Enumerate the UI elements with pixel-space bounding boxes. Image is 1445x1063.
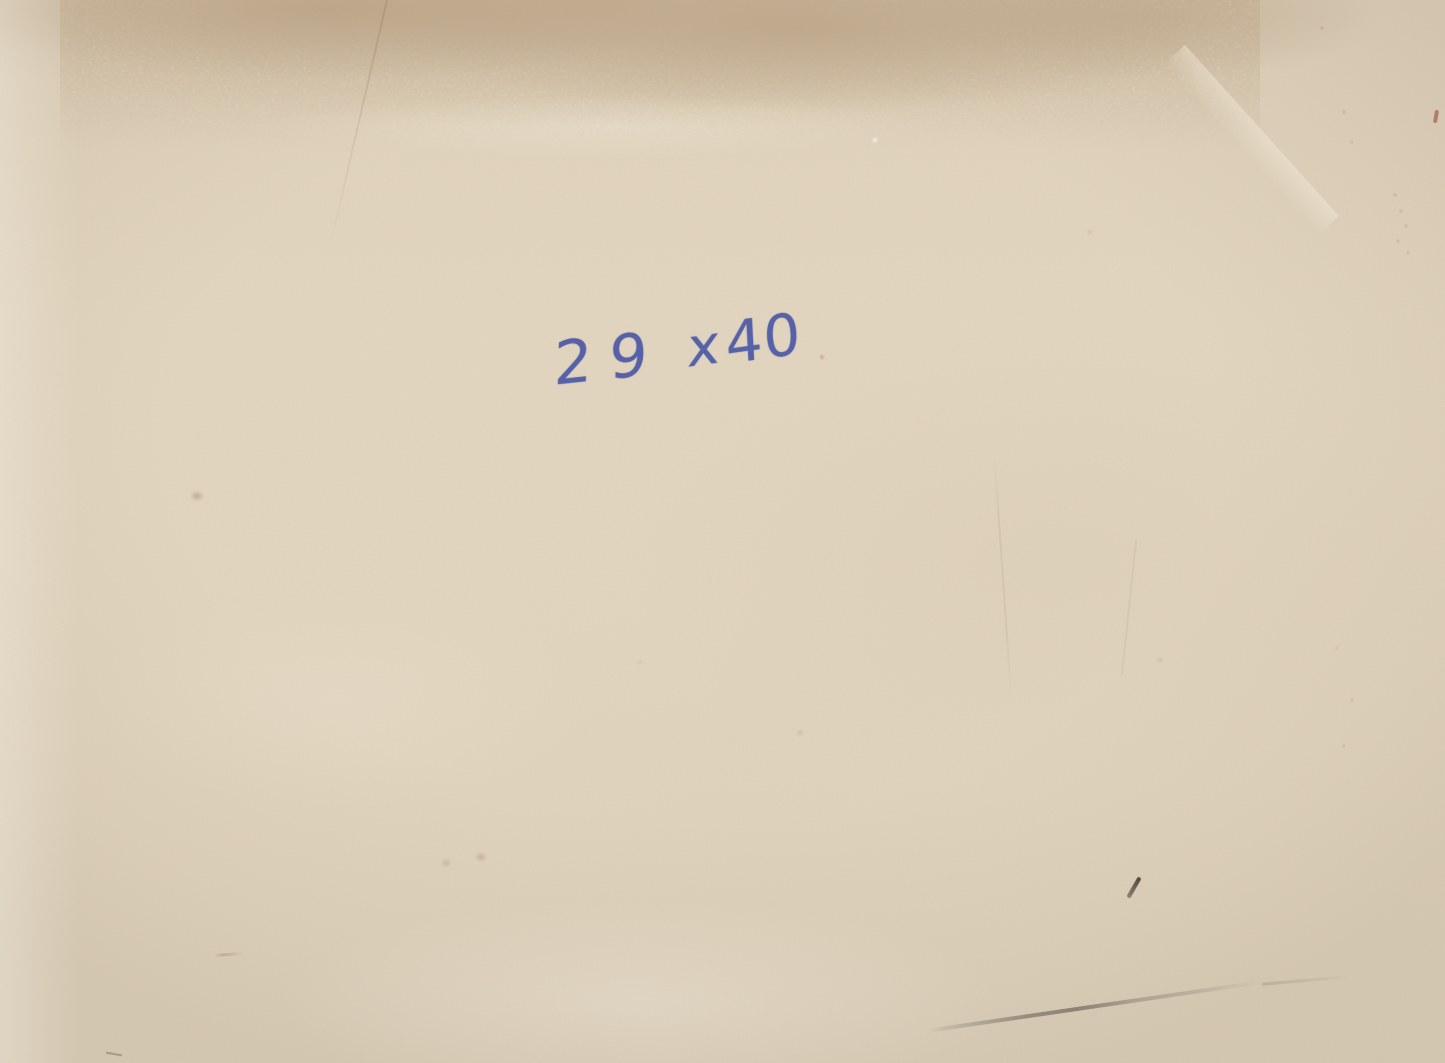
pencil-dash-mark: [1127, 877, 1142, 899]
pencil-smudge-line: [926, 980, 1263, 1033]
pencil-tick-bottom-left: [106, 1052, 122, 1057]
handwritten-size-annotation: 29 x 40: [546, 301, 839, 411]
photo-of-paper-verso: 29 x 40: [0, 0, 1445, 1063]
crease-line-right-upper: [993, 452, 1013, 707]
paper-grain-texture: [0, 0, 1445, 1063]
paper-sheet: 29 x 40: [0, 0, 1445, 1063]
annotation-multiply-sign: x: [687, 317, 721, 375]
pencil-smudge-faint: [1262, 975, 1348, 985]
fold-highlight-top-right: [1155, 45, 1339, 243]
red-mark-right-edge: [1433, 110, 1439, 123]
crease-line-top-left: [328, 0, 388, 252]
crease-line-right-lower: [1121, 540, 1137, 674]
annotation-height-value: 40: [724, 304, 803, 372]
red-chalk-dash: [214, 952, 242, 957]
annotation-width-value: 29: [553, 323, 665, 394]
